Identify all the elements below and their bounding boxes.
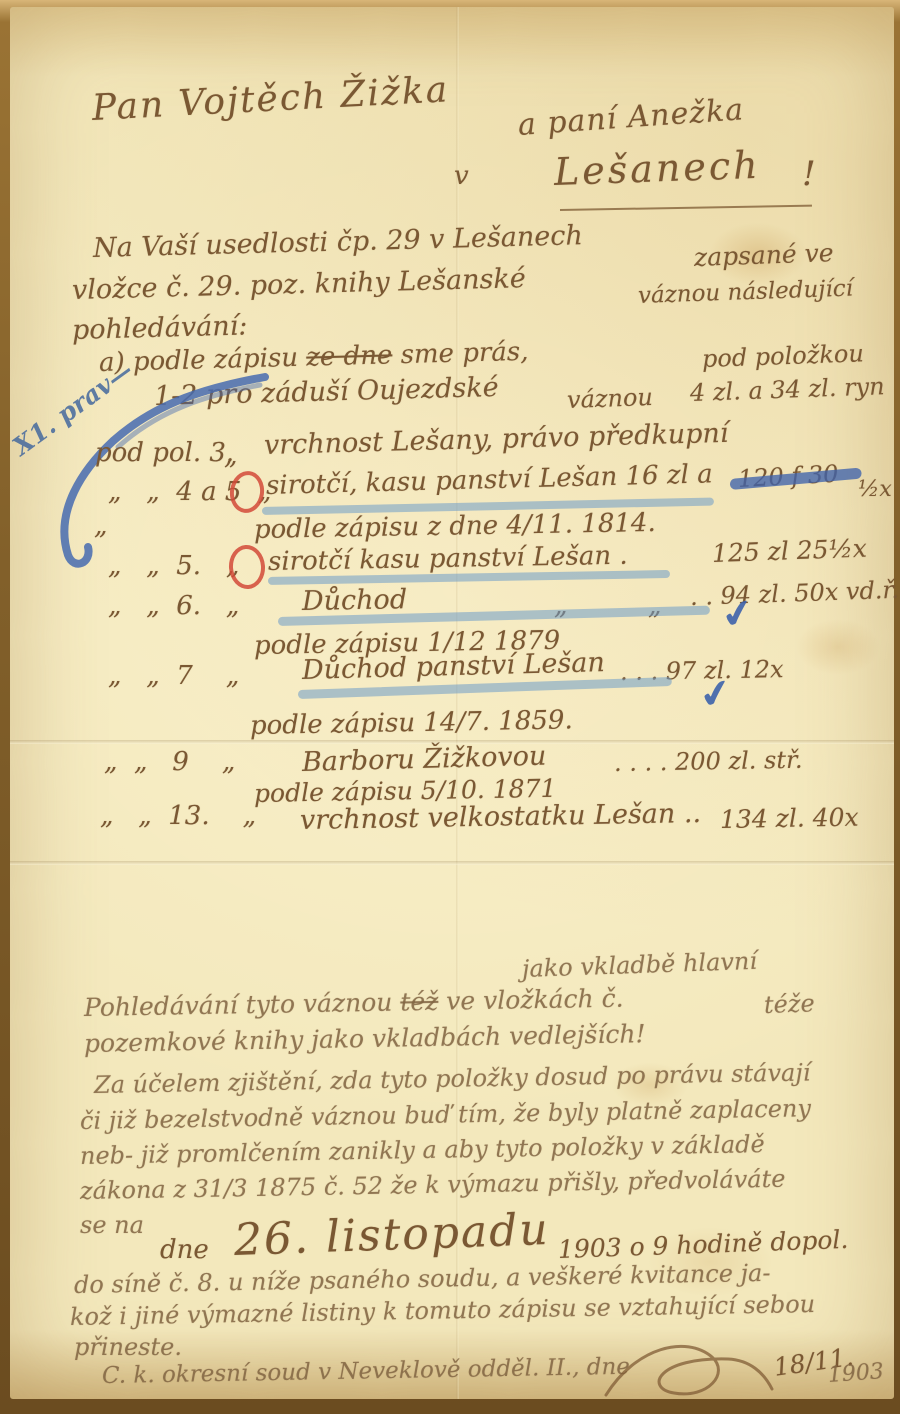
footer-year: 1903 bbox=[827, 1361, 884, 1387]
body-p1-pre: Pohledávání tyto váznou bbox=[84, 987, 401, 1022]
date-post: 1903 o 9 hodině dopol. bbox=[558, 1227, 849, 1262]
claim-6-pos: „ „ 6. „ bbox=[108, 593, 239, 619]
claim-45-lone-ditto: „ bbox=[94, 513, 107, 539]
claim-3-pos: pod pol. 3. bbox=[95, 440, 234, 466]
interline-insertion: jako vkladbě hlavní bbox=[522, 949, 758, 981]
intro-line-3: pohledávání: bbox=[72, 312, 248, 344]
claim-a-post: sme prás, bbox=[392, 337, 529, 371]
claim-5-text: sirotčí kasu panství Lešan . bbox=[268, 543, 628, 575]
claim-12-mid: váznou bbox=[567, 385, 654, 412]
claim-45-text: sirotčí, kasu panství Lešan 16 zl a bbox=[266, 461, 713, 499]
intro-line-2-right: váznou následující bbox=[638, 277, 854, 307]
body-p1-line2: pozemkové knihy jako vkladbách vedlejšíc… bbox=[84, 1021, 646, 1056]
claim-12-amount: 4 zl. a 34 zl. ryn bbox=[690, 374, 885, 405]
claim-7-pos: „ „ 7 „ bbox=[108, 663, 239, 689]
body-p3-line1: do síně č. 8. u níže psaného soudu, a ve… bbox=[74, 1261, 771, 1297]
exclamation-mark: ! bbox=[802, 157, 816, 191]
claim-5-pos: „ „ 5. „ bbox=[108, 553, 239, 579]
body-p1-line1: Pohledávání tyto váznou též ve vložkách … bbox=[84, 986, 624, 1020]
claim-45-tail: ½x bbox=[858, 479, 892, 501]
claim-45-note: podle zápisu z dne 4/11. 1814. bbox=[254, 510, 656, 543]
body-p1-struck-text: též bbox=[400, 987, 439, 1017]
body-p3-line2: kož i jiné výmazné listiny k tomuto zápi… bbox=[70, 1292, 816, 1329]
document-photo: Pan Vojtěch Žižka a paní Anežka v Lešane… bbox=[0, 0, 900, 1414]
place-preposition: v bbox=[454, 163, 469, 189]
ink-underline bbox=[560, 205, 812, 211]
claim-13-text: vrchnost velkostatku Lešan .. bbox=[300, 800, 701, 834]
addressee-primary: Pan Vojtěch Žižka bbox=[91, 72, 450, 127]
intro-line-1-left: Na Vaší usedlosti čp. 29 v Lešanech bbox=[93, 222, 583, 262]
claim-6-text: Důchod bbox=[302, 586, 408, 615]
claim-13-pos: „ „ 13. „ bbox=[100, 803, 256, 829]
date-pre: dne bbox=[160, 1237, 209, 1263]
intro-line-1-right: zapsané ve bbox=[694, 240, 834, 270]
claim-a-struck-text: ze dne bbox=[306, 340, 393, 372]
body-p2-line3: neb- již promlčením zanikly a aby tyto p… bbox=[80, 1132, 765, 1168]
body-p2-line2: či již bezelstvodně váznou buď tím, že b… bbox=[80, 1096, 811, 1133]
body-p3-line3: přineste. bbox=[74, 1335, 182, 1359]
claim-13-amount: 134 zl. 40x bbox=[720, 805, 859, 832]
claim-7-note: podle zápisu 14/7. 1859. bbox=[250, 707, 573, 739]
claim-9-pos: „ „ 9 „ bbox=[104, 749, 235, 775]
signature-flourish bbox=[600, 1333, 780, 1413]
claim-5-amount: 125 zl 25½x bbox=[712, 536, 868, 566]
addressee-secondary: a paní Anežka bbox=[517, 95, 745, 141]
body-p1-right-word: téže bbox=[764, 991, 816, 1017]
horizontal-fold-crease bbox=[10, 861, 894, 865]
body-p2-line4: zákona z 31/3 1875 č. 52 že k výmazu při… bbox=[80, 1167, 786, 1203]
claim-9-text: Barboru Žižkovou bbox=[302, 743, 547, 776]
body-p2-line5: se na bbox=[80, 1213, 144, 1237]
claim-a-right-note: pod položkou bbox=[702, 341, 865, 371]
claim-7-text: Důchod panství Lešan bbox=[302, 649, 605, 684]
claim-9-amount: . . . . 200 zl. stř. bbox=[614, 748, 803, 775]
paper-sheet: Pan Vojtěch Žižka a paní Anežka v Lešane… bbox=[10, 7, 894, 1399]
claim-3-text: vrchnost Lešany, právo předkupní bbox=[264, 420, 729, 459]
body-p1-post: ve vložkách č. bbox=[438, 984, 624, 1016]
place-name: Lešanech bbox=[553, 146, 761, 191]
claim-3-ditto: „ bbox=[224, 443, 237, 469]
date-big: 26. listopadu bbox=[233, 1208, 550, 1263]
court-name-line: C. k. okresní soud v Neveklově odděl. II… bbox=[102, 1356, 630, 1388]
body-p2-line1: Za účelem zjištění, zda tyto položky dos… bbox=[94, 1060, 811, 1097]
